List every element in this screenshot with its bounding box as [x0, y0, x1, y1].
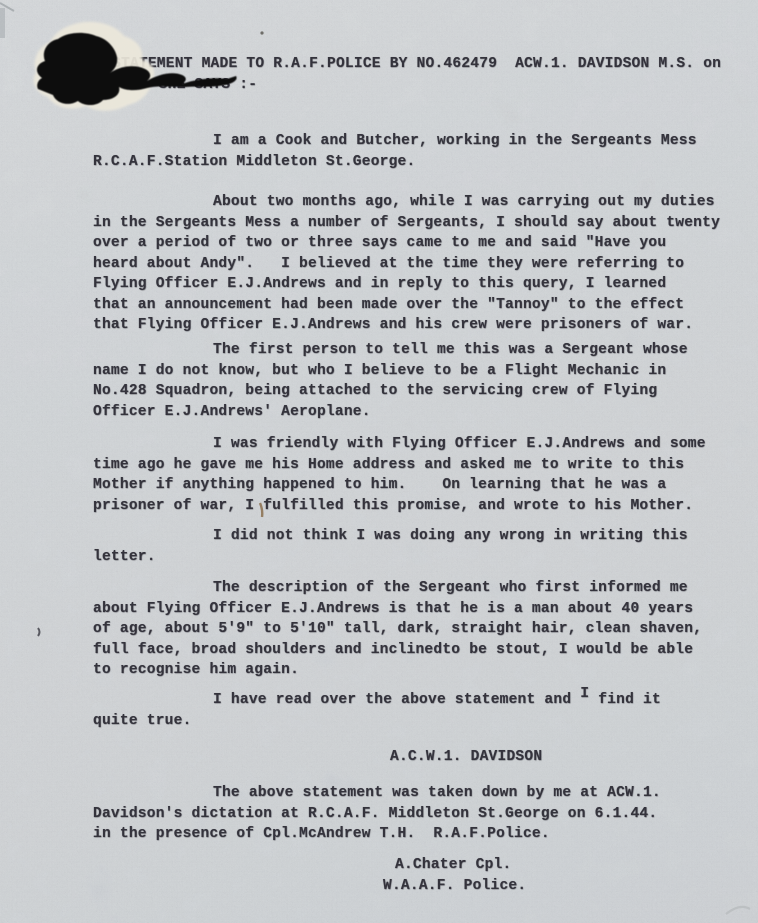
text-line: to recognise him again. — [93, 660, 740, 681]
police-signature-unit: W.A.A.F. Police. — [383, 876, 526, 897]
text-line: full face, broad shoulders and inclinedt… — [93, 640, 740, 661]
police-signature-block: A.Chater Cpl. W.A.A.F. Police. — [383, 855, 526, 896]
text-line: that an announcement had been made over … — [93, 295, 740, 316]
paragraph-3: The first person to tell me this was a S… — [93, 340, 740, 422]
text-line: letter. — [93, 547, 740, 568]
text-line: I did not think I was doing any wrong in… — [93, 526, 740, 547]
text-line: quite true. — [93, 711, 740, 732]
paragraph-2: About two months ago, while I was carryi… — [93, 192, 740, 336]
text-line: name I do not know, but who I believe to… — [93, 361, 740, 382]
text-line: of age, about 5'9" to 5'10" tall, dark, … — [93, 619, 740, 640]
text-line: I was friendly with Flying Officer E.J.A… — [93, 434, 740, 455]
text-line: in the presence of Cpl.McAndrew T.H. R.A… — [93, 824, 740, 845]
text-line: No.428 Squadron, being attached to the s… — [93, 381, 740, 402]
text-line: Officer E.J.Andrews' Aeroplane. — [93, 402, 740, 423]
text-line: Davidson's dictation at R.C.A.F. Middlet… — [93, 804, 740, 825]
readover-text-before: I have read over the above statement and — [213, 692, 580, 708]
text-line: The first person to tell me this was a S… — [93, 340, 740, 361]
paragraph-5: I did not think I was doing any wrong in… — [93, 526, 740, 567]
text-line: I have read over the above statement and… — [93, 690, 740, 711]
paragraph-6: The description of the Sergeant who firs… — [93, 578, 740, 681]
text-line: heard about Andy". I believed at the tim… — [93, 254, 740, 275]
statement-header: STATEMENT MADE TO R.A.F.POLICE BY NO.462… — [0, 54, 721, 95]
raised-letter: I — [580, 686, 589, 702]
scanned-statement-page: STATEMENT MADE TO R.A.F.POLICE BY NO.462… — [0, 0, 758, 923]
paragraph-4: I was friendly with Flying Officer E.J.A… — [93, 434, 740, 516]
text-line: About two months ago, while I was carryi… — [93, 192, 740, 213]
text-line: time ago he gave me his Home address and… — [93, 455, 740, 476]
text-line: about Flying Officer E.J.Andrews is that… — [93, 599, 740, 620]
text-line: The description of the Sergeant who firs… — [93, 578, 740, 599]
text-line: that Flying Officer E.J.Andrews and his … — [93, 315, 740, 336]
text-line: I am a Cook and Butcher, working in the … — [93, 131, 740, 152]
attestation-paragraph: The above statement was taken down by me… — [93, 783, 740, 845]
readover-text-after: find it — [589, 692, 661, 708]
witness-signature: A.C.W.1. DAVIDSON — [390, 747, 542, 768]
witness-signature-block: A.C.W.1. DAVIDSON — [390, 747, 542, 768]
text-line: over a period of two or three says came … — [93, 233, 740, 254]
text-line: in the Sergeants Mess a number of Sergea… — [93, 213, 740, 234]
header-line-1: STATEMENT MADE TO R.A.F.POLICE BY NO.462… — [112, 54, 721, 75]
text-line: Flying Officer E.J.Andrews and in reply … — [93, 274, 740, 295]
police-signature-name: A.Chater Cpl. — [383, 855, 526, 876]
text-line: Mother if anything happened to him. On l… — [93, 475, 740, 496]
text-line: The above statement was taken down by me… — [93, 783, 740, 804]
paragraph-1: I am a Cook and Butcher, working in the … — [93, 131, 740, 172]
header-line-2: 6.1.44. SHE SAYS :- — [87, 75, 721, 96]
paragraph-7: I have read over the above statement and… — [93, 690, 740, 731]
text-line: prisoner of war, I fulfilled this promis… — [93, 496, 740, 517]
typed-statement: STATEMENT MADE TO R.A.F.POLICE BY NO.462… — [0, 0, 758, 923]
text-line: R.C.A.F.Station Middleton St.George. — [93, 152, 740, 173]
